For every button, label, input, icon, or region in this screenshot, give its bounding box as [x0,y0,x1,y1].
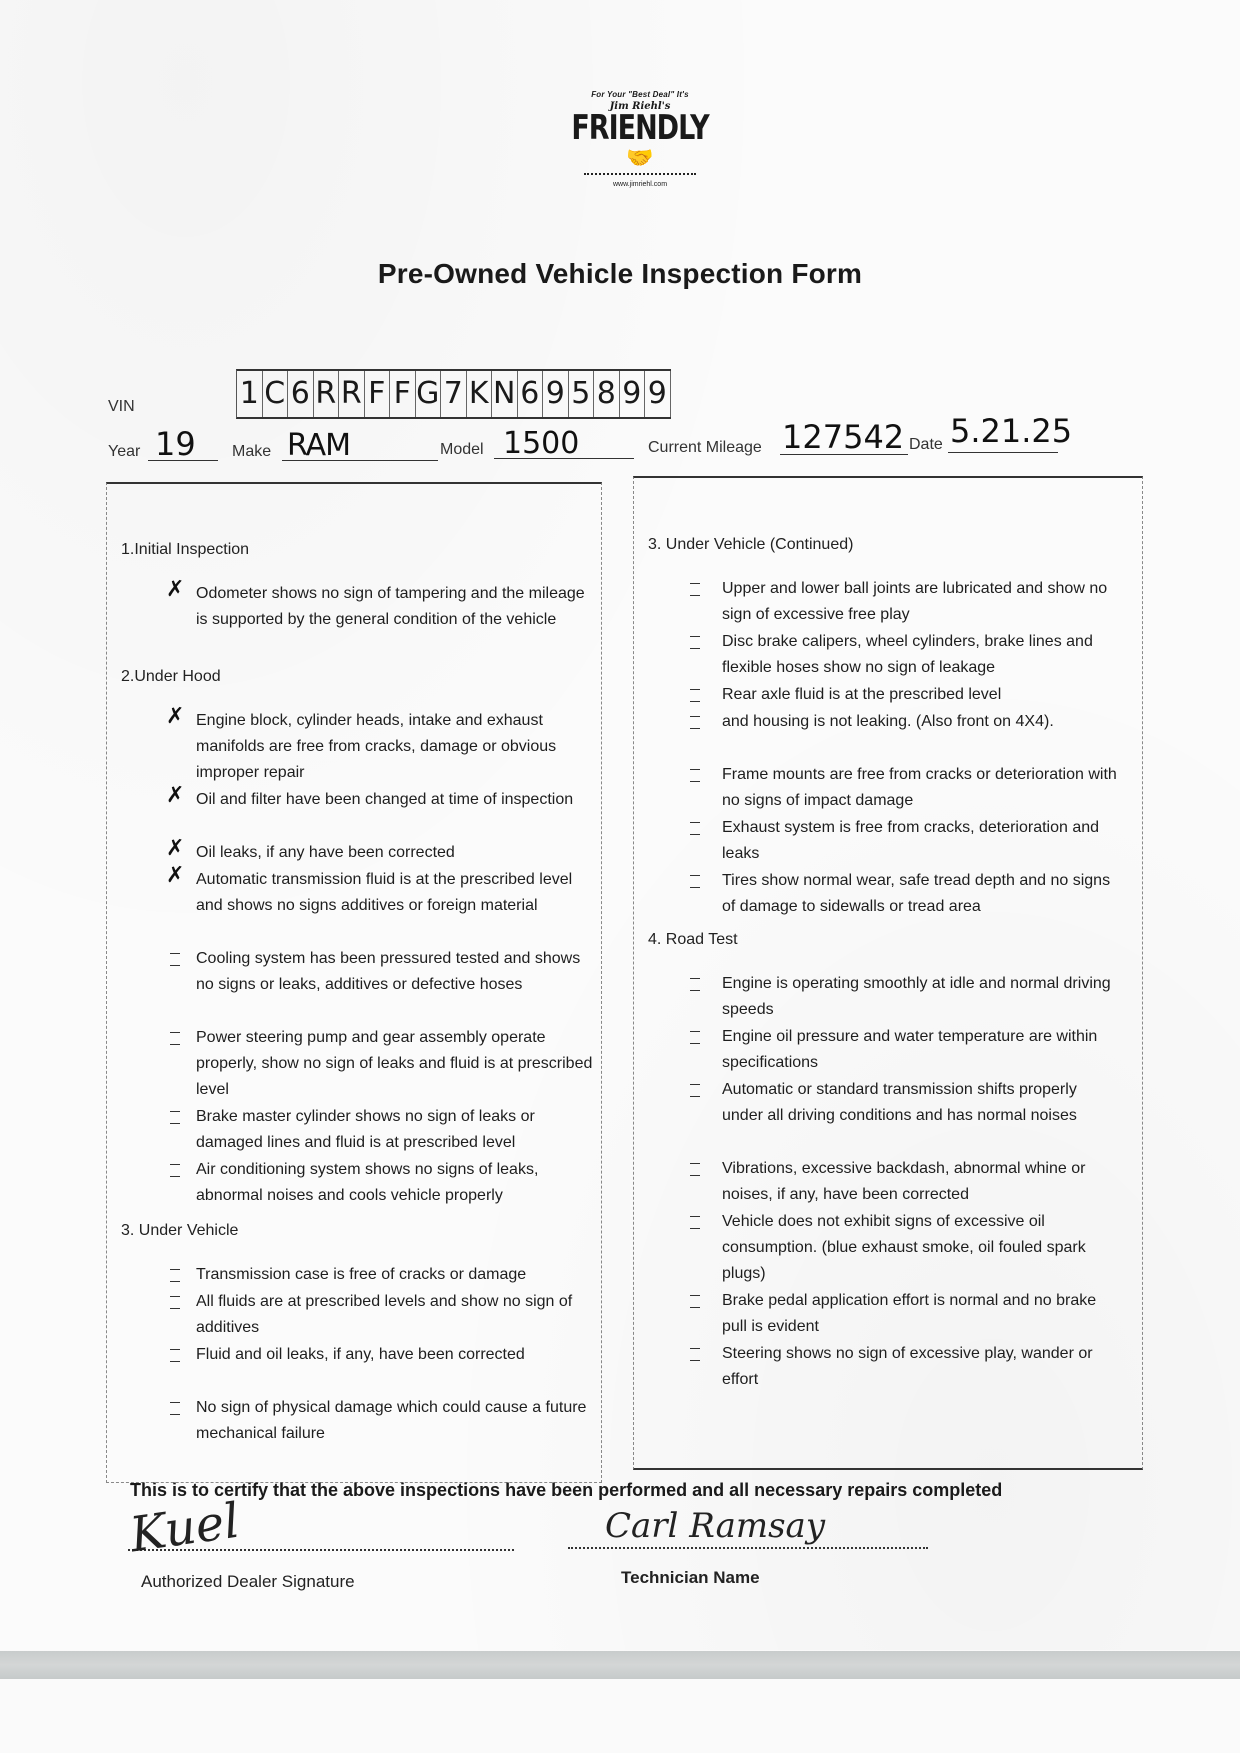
vin-char-cell: 5 [569,371,595,417]
vin-char-cell: F [365,371,391,417]
scanner-edge [0,1651,1240,1679]
certification-statement: This is to certify that the above inspec… [130,1480,1002,1501]
logo-makes-strip [584,173,696,178]
dealer-signature: Kuel [127,1493,243,1564]
vin-char-cell: 9 [645,371,671,417]
checkbox-icon[interactable] [690,875,700,888]
checklist-item: Odometer shows no sign of tampering and … [196,581,596,633]
vin-char-cell: C [263,371,289,417]
checklist-item: Vibrations, excessive backdash, abnormal… [722,1156,1122,1208]
vin-char-cell: K [467,371,493,417]
checkbox-icon[interactable] [170,1032,180,1045]
logo-brand: FRIENDLY [570,112,710,147]
checkbox-checked-icon[interactable]: ✗ [166,704,184,729]
checklist-item: Brake master cylinder shows no sign of l… [196,1104,596,1156]
date-label: Date [909,436,943,454]
section-title: 3. Under Vehicle (Continued) [648,536,853,554]
dealer-logo: For Your "Best Deal" It's Jim Riehl's FR… [570,90,710,188]
checklist-item: Rear axle fluid is at the prescribed lev… [722,682,1122,708]
checklist-item: All fluids are at prescribed levels and … [196,1289,596,1341]
mileage-value: 127542 [782,418,904,456]
vin-char-cell: 7 [441,371,467,417]
section-title: 1.Initial Inspection [121,541,249,559]
make-label: Make [232,443,271,461]
vin-char-cell: N [492,371,518,417]
checkbox-icon[interactable] [690,689,700,702]
checkbox-icon[interactable] [690,769,700,782]
logo-url: www.jimriehl.com [570,181,710,188]
dealer-signature-label: Authorized Dealer Signature [141,1572,355,1592]
model-value: 1500 [503,426,579,461]
checklist-item: Automatic transmission fluid is at the p… [196,867,596,919]
checklist-item: No sign of physical damage which could c… [196,1395,596,1447]
checkbox-icon[interactable] [170,1402,180,1415]
technician-name-value: Carl Ramsay [605,1506,825,1546]
checkbox-icon[interactable] [690,822,700,835]
vin-label: VIN [108,398,135,416]
page-title: Pre-Owned Vehicle Inspection Form [0,258,1240,290]
checklist-item: Oil leaks, if any have been corrected [196,840,596,866]
checklist-item: Frame mounts are free from cracks or det… [722,762,1122,814]
checkbox-icon[interactable] [170,1269,180,1282]
checkbox-icon[interactable] [690,1216,700,1229]
technician-name-field[interactable] [568,1547,928,1549]
checklist-item: Engine oil pressure and water temperatur… [722,1024,1122,1076]
vin-char-cell: 6 [288,371,314,417]
vin-char-cell: R [314,371,340,417]
checkbox-icon[interactable] [170,1111,180,1124]
checkbox-checked-icon[interactable]: ✗ [166,836,184,861]
checkbox-icon[interactable] [690,1163,700,1176]
checkbox-icon[interactable] [170,1296,180,1309]
year-label: Year [108,443,140,461]
checklist-item: Steering shows no sign of excessive play… [722,1341,1122,1393]
checkbox-icon[interactable] [170,953,180,966]
checklist-item: Cooling system has been pressured tested… [196,946,596,998]
checkbox-checked-icon[interactable]: ✗ [166,863,184,888]
checklist-item: Power steering pump and gear assembly op… [196,1025,596,1103]
checkbox-icon[interactable] [690,1031,700,1044]
technician-name-label: Technician Name [621,1568,760,1588]
checkbox-icon[interactable] [690,716,700,729]
checklist-item: Engine is operating smoothly at idle and… [722,971,1122,1023]
section-title: 4. Road Test [648,931,738,949]
checkbox-icon[interactable] [690,1348,700,1361]
checkbox-icon[interactable] [690,583,700,596]
checkbox-checked-icon[interactable]: ✗ [166,783,184,808]
handshake-icon: 🤝 [570,145,710,171]
checklist-item: Air conditioning system shows no signs o… [196,1157,596,1209]
vin-char-cell: 1 [237,371,263,417]
year-value: 19 [155,425,196,463]
checkbox-icon[interactable] [690,1295,700,1308]
vin-char-cell: R [339,371,365,417]
vin-char-cell: 6 [518,371,544,417]
vin-char-cell: G [416,371,442,417]
checklist-item: Exhaust system is free from cracks, dete… [722,815,1122,867]
checklist-item: Brake pedal application effort is normal… [722,1288,1122,1340]
checklist-item: Transmission case is free of cracks or d… [196,1262,596,1288]
checkbox-icon[interactable] [170,1164,180,1177]
section-title: 3. Under Vehicle [121,1222,238,1240]
scanned-page: For Your "Best Deal" It's Jim Riehl's FR… [0,0,1240,1650]
checkbox-icon[interactable] [170,1349,180,1362]
checklist-item: Tires show normal wear, safe tread depth… [722,868,1122,920]
make-value: RAM [287,428,350,463]
checklist-item: Disc brake calipers, wheel cylinders, br… [722,629,1122,681]
checklist-item: and housing is not leaking. (Also front … [722,709,1122,735]
model-label: Model [440,441,484,459]
checklist-item: Oil and filter have been changed at time… [196,787,596,813]
vin-char-cell: 9 [543,371,569,417]
checkbox-checked-icon[interactable]: ✗ [166,577,184,602]
checkbox-icon[interactable] [690,1084,700,1097]
checklist-item: Upper and lower ball joints are lubricat… [722,576,1122,628]
checkbox-icon[interactable] [690,636,700,649]
checklist-item: Vehicle does not exhibit signs of excess… [722,1209,1122,1287]
checklist-item: Engine block, cylinder heads, intake and… [196,708,596,786]
mileage-label: Current Mileage [648,439,762,457]
logo-tagline: For Your "Best Deal" It's [570,90,710,99]
vin-char-cell: 8 [594,371,620,417]
vin-char-cell: F [390,371,416,417]
checkbox-icon[interactable] [690,978,700,991]
checklist-item: Automatic or standard transmission shift… [722,1077,1122,1129]
vin-field[interactable]: 1C6RRFFG7KN695899 [236,369,671,419]
section-title: 2.Under Hood [121,668,221,686]
date-value: 5.21.25 [950,412,1072,450]
checklist-item: Fluid and oil leaks, if any, have been c… [196,1342,596,1368]
vin-char-cell: 9 [620,371,646,417]
